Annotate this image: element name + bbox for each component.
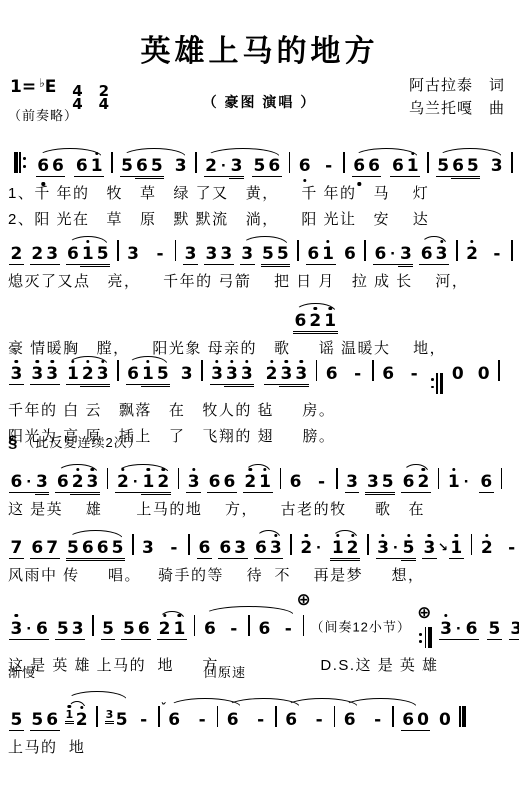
tempo-mark: 渐慢 [8,662,36,681]
augmentation-dot: · [388,244,399,265]
note: 3 [489,156,504,176]
dot [419,640,422,643]
note-line: 76756653-663632·123·53↘12- [8,516,517,559]
note: 5 [95,244,110,265]
note-line: 6·36232·12366216-335621·6 [8,450,517,493]
note-group: 56 [252,156,282,177]
note: - [153,244,168,264]
note-group: 0 [450,364,465,384]
note-group: 12 [65,699,90,730]
note-group: 61 [74,156,104,177]
note-group: 3 [126,244,141,264]
note: 3 [279,364,294,385]
beam-line [85,494,100,495]
bar [289,152,291,173]
note: 5 [275,244,290,265]
note: 5 [465,156,480,177]
note: 3 [398,244,413,265]
tie-group: 63 [418,234,450,265]
barline [92,614,94,636]
beam-line [80,266,95,267]
note: 6 [9,472,24,493]
beam-line [451,178,466,179]
barline [175,240,177,262]
octave-dot [15,360,18,363]
note-group: 5 [101,619,116,640]
note: 5 [110,538,125,559]
note: 6 [267,156,282,177]
octave-dot [101,360,104,363]
note: 5 [149,156,164,177]
segno-icon: § [8,432,18,451]
barline [289,152,291,174]
augmentation-dot: · [130,472,141,493]
beam-line [135,178,150,179]
note: 3 [240,244,255,265]
note: 5 [66,538,81,559]
note-group: 3·5 [376,538,416,559]
note-group: 3 [183,244,198,265]
note: 0 [450,364,465,384]
note-group: - [321,156,336,176]
note-group: 565 [120,156,165,177]
note: 5 [436,156,451,177]
note: - [195,710,210,730]
note-group: 5 [9,710,24,731]
octave-dot [36,360,39,363]
octave-dot [300,360,303,363]
lyric-line: 千年的 白 云 飘落 在 牧人的 毡 房。 [8,401,517,420]
barline [201,360,203,382]
barline [471,534,473,556]
bar [462,706,466,727]
sheet-music-page: 英雄上马的地方 1=♭E 4 4 2 4 （前奏略） （ 豪图 演唱 ） 阿古拉… [0,0,519,799]
note: 3 [105,709,115,722]
note: - [321,156,336,176]
note-group: 233 [264,364,309,385]
bar [427,152,429,173]
octave-dot [91,468,94,471]
note: - [281,619,296,639]
bar [194,615,196,636]
tie-group: 6661 [351,146,421,177]
barline [178,468,180,490]
note: - [350,364,365,384]
octave-dot [470,240,473,243]
bar [201,360,203,381]
barline [438,468,440,490]
barline [456,240,458,262]
note: 5 [120,156,135,177]
barline: ⊕ [303,614,305,636]
note: 6 [324,364,339,384]
note: 5 [261,244,276,265]
note: 3 [9,619,24,640]
note-group: 56 [30,710,60,731]
bar [372,360,374,381]
note-group: 6 [202,619,217,639]
bar [217,706,219,727]
barline [280,468,282,490]
note-group: 6 [225,710,240,730]
tie-group: 21 [242,462,274,493]
note-group: 621 [293,311,338,332]
tie-group: 6ˇ- [166,696,225,731]
octave-dot [328,307,331,310]
note: 1 [330,538,345,559]
lyricist-credit: 阿古拉泰 词 [409,74,505,97]
barline [336,468,338,490]
beam-line [149,178,164,179]
beam-line [275,266,290,267]
note-group: 7 [9,538,24,559]
beam-line [261,266,276,267]
note: 1 [80,244,95,265]
note: 2 [80,364,95,385]
barline [334,706,336,728]
bar [498,360,500,381]
note: 2 [308,311,323,332]
note-group: 3 [179,364,194,384]
note: - [314,472,329,492]
beam-line [465,178,480,179]
note-line: 666156532·3566-66615653 [8,134,517,177]
barline [290,534,292,556]
octave-dot [249,468,252,471]
note: 3 [35,472,50,493]
note: 3 [268,538,283,559]
note: 3 [45,244,60,265]
lyric-line: 上马的 地 [8,738,517,757]
note: 3 [173,156,188,176]
note-group: 62 [401,472,431,493]
note: 1 [65,709,75,722]
note-group: 33 [30,364,60,385]
note: 3 [45,364,60,385]
note-group: - [489,244,504,264]
octave-dot [121,468,124,471]
note: 6 [451,156,466,177]
augmentation-dot: · [24,619,35,640]
note: 6 [401,710,416,731]
bar [188,534,190,555]
note-group: - [226,619,241,639]
beam-line [156,494,171,495]
lyric-line: 1、千 年的 牧 草 绿 了又 黄， 千 年的 马 灯 [8,184,517,203]
dot [431,378,434,381]
barline [111,152,113,174]
dot [23,165,26,168]
note: 3 [95,364,110,385]
barline [392,706,394,728]
note: 6 [367,156,382,177]
octave-dot [351,534,354,537]
note: 5 [101,619,116,640]
note: 3 [141,538,156,558]
note: 3 [365,472,380,493]
note-group: 3 [9,364,24,385]
note-group: 6 [257,619,272,639]
note: - [226,619,241,639]
credits: 阿古拉泰 词 乌兰托嘎 曲 [409,74,505,120]
tie-group: 6- [224,696,283,731]
beam-line [345,560,360,561]
octave-dot [178,614,181,617]
note: 2 [416,472,431,493]
bar [367,534,369,555]
bar [175,240,177,261]
note: 3 [210,364,225,385]
barline [343,152,345,174]
note-group: 21 [243,472,273,493]
octave-dot [270,360,273,363]
note: 5 [9,710,24,731]
note: 0 [416,710,431,731]
tempo-mark: 回原速 [204,662,246,681]
note-group: 6·3 [373,244,413,265]
note-group: - [153,244,168,264]
note: 6 [293,311,308,332]
note: 6 [222,472,237,493]
barline [275,706,277,728]
note: 2 [157,619,172,640]
note-group: 3 [173,156,188,176]
octave-dot [314,307,317,310]
barline [217,706,219,728]
bar [14,152,18,173]
octave-dot [326,240,329,243]
note: - [504,538,519,558]
dot [419,633,422,636]
beam-line [95,386,110,387]
note-group: 6 [284,710,299,730]
bar [511,240,513,261]
note: 5 [487,619,502,640]
note: 6 [218,538,233,559]
barline [297,240,299,262]
note-group: 565 [436,156,481,177]
note-group: - [350,364,365,384]
note-group: - [195,710,210,730]
bar [248,615,250,636]
bar [107,468,109,489]
note: 3 [439,619,454,640]
tie-group: 12 [329,528,361,559]
slide-down-icon: ↘ [437,537,449,557]
note-group: - [281,619,296,639]
note: 2 [204,156,219,177]
note-group: 6ˇ [167,710,182,730]
note: 6 [390,156,405,177]
note: 1 [89,156,104,177]
barline [511,152,513,174]
beam-line [155,386,170,387]
note: 6 [419,244,434,265]
repeat-end-barline: ⊕ [417,627,432,649]
note: 3 [186,472,201,493]
octave-dot [163,614,166,617]
note: 6 [297,156,312,176]
bar [343,152,345,173]
note-group: 6 [324,364,339,384]
system-3: 33312361533332336-6-00千年的 白 云 飘落 在 牧人的 毡… [8,342,517,446]
bar [117,360,119,381]
note: 6 [80,538,95,559]
note-group: 67 [30,538,60,559]
octave-dot [230,360,233,363]
bar [303,615,305,636]
note-group: - [314,472,329,492]
note-group: - [166,538,181,558]
barline [501,468,503,490]
note-group: 6·3 [9,472,49,493]
note: 3 [126,244,141,264]
beam-line [35,494,50,495]
tie-group: 5653 [119,146,189,177]
note: 3 [229,156,244,177]
beam-line [141,494,156,495]
barline [372,360,374,382]
barline [511,240,513,262]
beam-line [293,333,308,334]
note: 1 [446,472,461,492]
note-group: 3·6 [9,619,49,640]
octave-dot [245,360,248,363]
note: 3 [509,619,519,640]
note: 6 [352,156,367,177]
bar [290,534,292,555]
tie-group: 621 [292,301,339,332]
note-group: 2·12 [115,472,170,493]
note: 7 [45,538,60,559]
note-group: 0 [476,364,491,384]
note: 6 [202,619,217,639]
dot [431,386,434,389]
tie-group: 2·356 [203,146,283,177]
note: 1 [172,619,187,640]
beam-line [380,494,395,495]
system-2: 2236153-3333556166·3632-熄灭了又点 亮， 千年的 弓箭 … [8,222,517,358]
tie-group: 615 [65,234,112,265]
note-group: 3 [240,244,255,265]
beam-line [105,723,115,724]
beam-line [141,386,156,387]
note: 6 [381,364,396,384]
beam-line [65,723,75,724]
barline [96,706,98,728]
barline [364,240,366,262]
octave-dot [15,614,18,617]
note-group: 5665 [66,538,125,559]
composer-credit: 乌兰托嘎 曲 [409,97,505,120]
barline [248,614,250,636]
beam-line [308,333,323,334]
bar [392,706,394,727]
repeat-end-barline [429,372,444,394]
note-group: - [253,710,268,730]
octave-dot [263,468,266,471]
mini-note-line: 621 [292,291,517,332]
note: 6 [306,244,321,265]
bar [275,706,277,727]
note: 5 [121,619,136,640]
note-group: - [136,710,151,730]
note-group: 333 [210,364,255,385]
octave-dot [162,468,165,471]
note-group: 0 [437,710,452,730]
beam-line [110,560,125,561]
note: 6 [257,619,272,639]
note-line: 5561235-6ˇ-6-6-6-600 [8,677,517,731]
note-group: 3·6 [439,619,479,640]
octave-dot [422,468,425,471]
note: 6 [66,244,81,265]
note: 6 [288,472,303,492]
note: 6 [36,156,51,177]
note: 3 [294,364,309,385]
note-group: 33 [204,244,234,265]
note: 6 [136,619,151,640]
bar [438,468,440,489]
beam-line [66,560,81,561]
final-barline [459,706,466,728]
bar [364,240,366,261]
note-group: 56 [121,619,151,640]
note-group: 2 [9,244,24,265]
note-group: - [504,538,519,558]
note: 6 [254,538,269,559]
note: 3 [219,244,234,265]
note: 1 [449,538,464,559]
note: 3 [239,364,254,385]
note: 3 [345,472,360,493]
beam-line [323,333,338,334]
note: 1 [66,364,81,385]
note-group: 615 [126,364,171,385]
note: 3 [85,472,100,493]
octave-dot [86,240,89,243]
note-group: 35 [365,472,395,493]
bar [471,534,473,555]
tie-group: 6- [341,696,400,731]
coda-icon: ⊕ [297,592,311,609]
bar [425,627,427,648]
note: 0 [476,364,491,384]
tie-group: 1235 [64,689,131,730]
octave-dot [455,534,458,537]
note-group: 6 [343,244,358,264]
note: 6 [95,538,110,559]
octave-dot [452,468,455,471]
bar [456,240,458,261]
bar [436,373,438,394]
note-group: 55 [261,244,291,265]
page-title: 英雄上马的地方 [0,0,519,70]
note-group: 2·3 [204,156,244,177]
note-group: 63 [218,538,248,559]
octave-dot [76,468,79,471]
note-group: 63 [419,244,449,265]
octave-dot [485,534,488,537]
note: 5 [380,472,395,493]
inline-annotation: （间奏12小节） [310,620,410,635]
tie-group: 5665 [65,528,126,559]
note: 5 [252,156,267,177]
note-group: 53 [55,619,85,640]
note-group: 35 [105,709,130,730]
note-group: 1· [446,472,472,492]
barline [117,240,119,262]
